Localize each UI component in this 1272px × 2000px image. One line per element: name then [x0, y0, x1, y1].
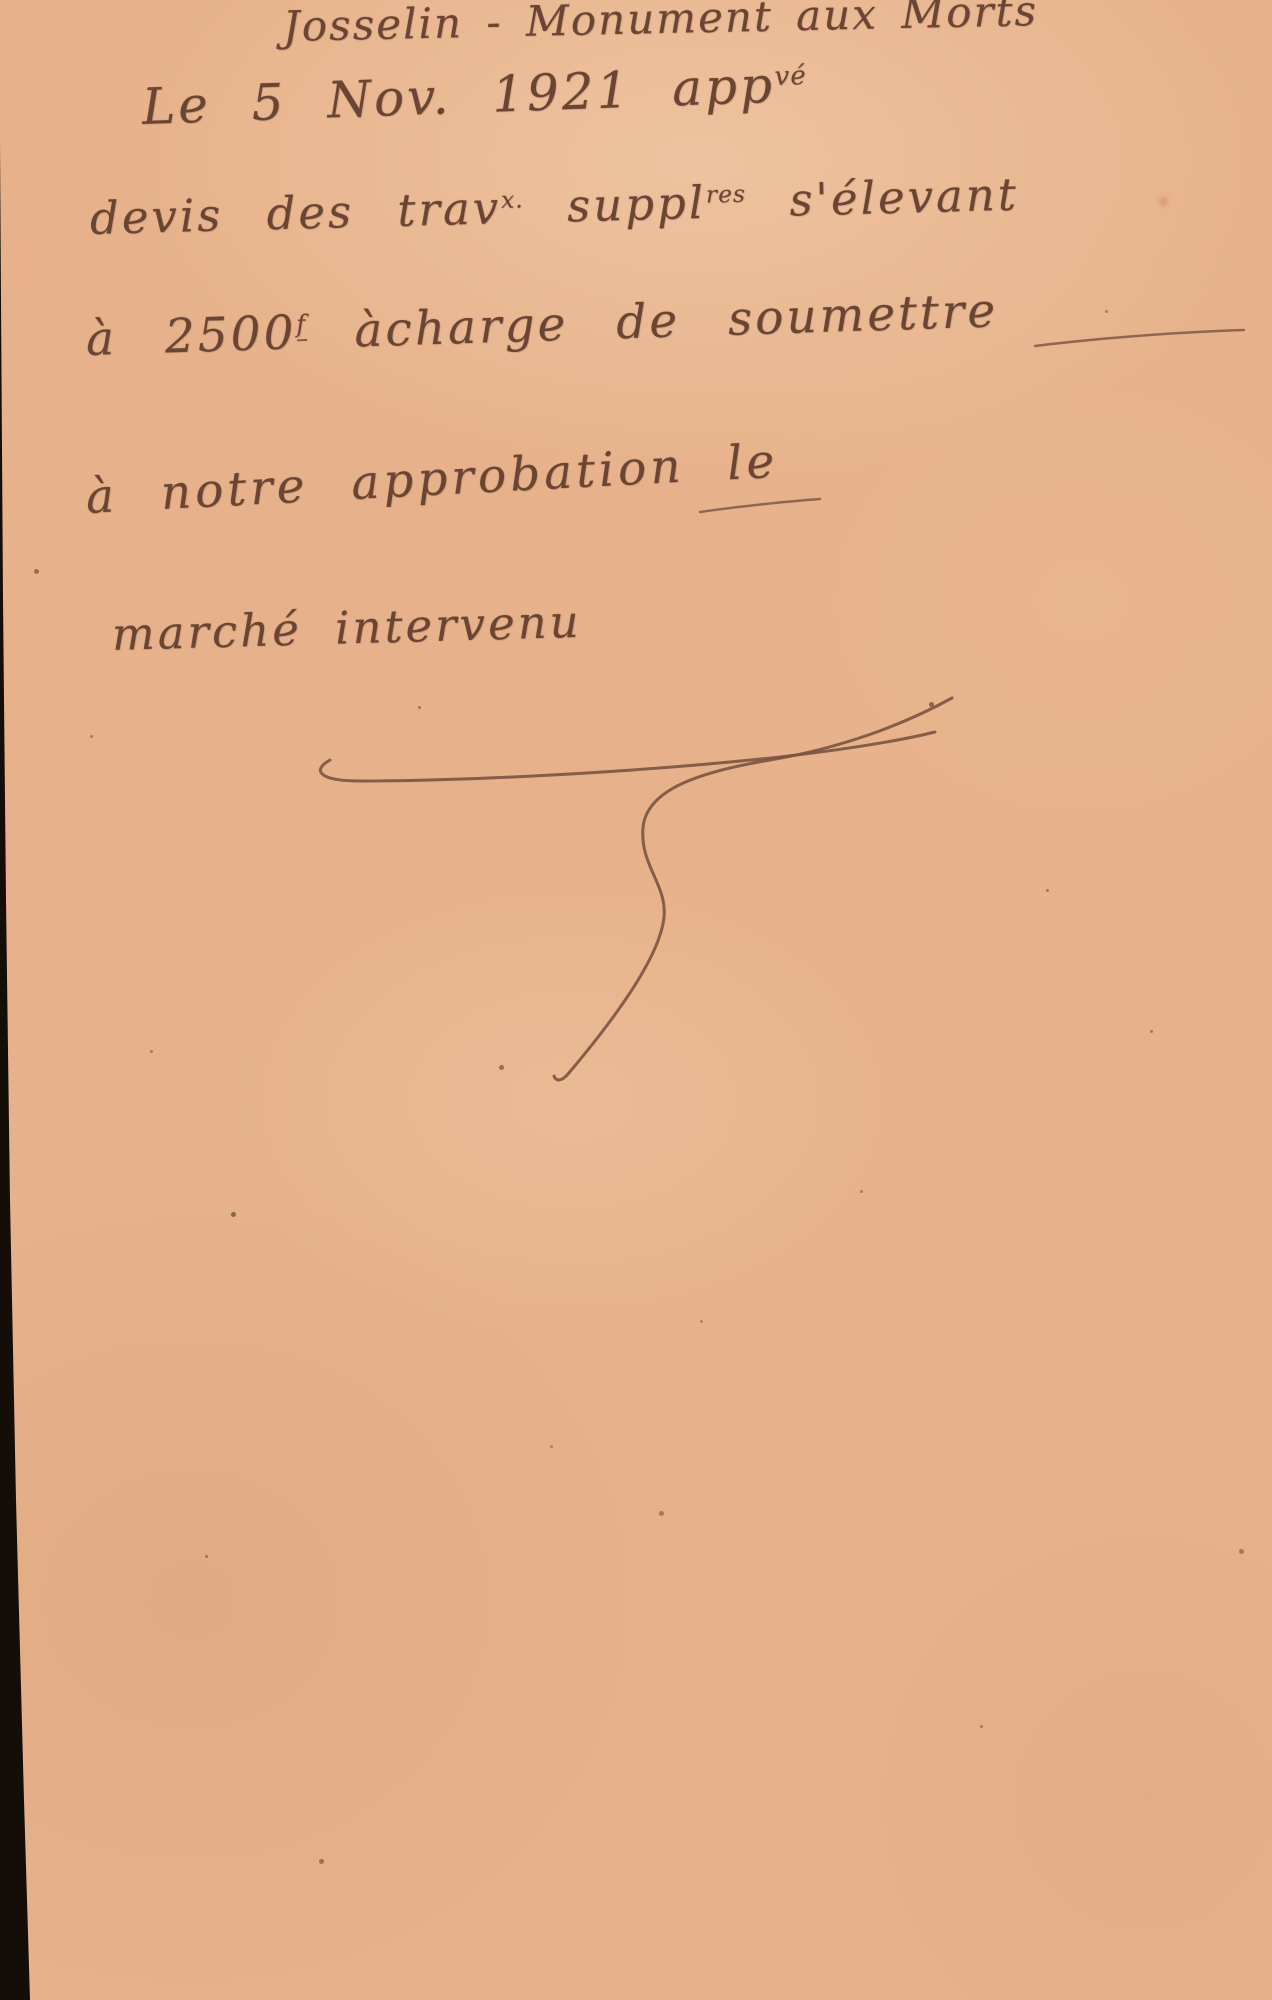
line4-text-2: àcharge de soumettre — [306, 283, 999, 360]
crossbar-flourish-soumettre — [1035, 330, 1244, 346]
handwritten-date-line: Le 5 Nov. 1921 appvé — [141, 55, 808, 136]
paper-speckles — [0, 0, 3, 3]
handwritten-line-marche: marché intervenu — [111, 595, 582, 661]
handwritten-line-approbation: à notre approbation le — [85, 434, 780, 525]
date-line-text: Le 5 Nov. 1921 app — [141, 56, 776, 136]
signature-paraph-tail — [554, 698, 952, 1080]
scanned-document: Josselin - Monument aux Morts Le 5 Nov. … — [0, 0, 1272, 2000]
signature-paraph-horizontal — [320, 732, 935, 781]
handwritten-line-amount: à 2500f àcharge de soumettre — [85, 283, 999, 367]
handwritten-title-line: Josselin - Monument aux Morts — [282, 0, 1038, 51]
superscript-abbreviation-supplementaires: res — [706, 180, 747, 209]
superscript-abbreviation-approved: vé — [774, 61, 807, 92]
line3-text-2: suppl — [523, 176, 707, 234]
dash-flourish-le — [700, 499, 820, 512]
handwritten-line-devis: devis des travx. supplres s'élevant — [89, 168, 1019, 245]
superscript-abbreviation-travaux: x. — [501, 185, 524, 214]
paper-sheet: Josselin - Monument aux Morts Le 5 Nov. … — [0, 0, 1272, 2000]
line4-text-1: à 2500 — [85, 305, 297, 367]
line3-text-1: devis des trav — [89, 181, 502, 245]
line3-text-3: s'élevant — [745, 168, 1019, 228]
